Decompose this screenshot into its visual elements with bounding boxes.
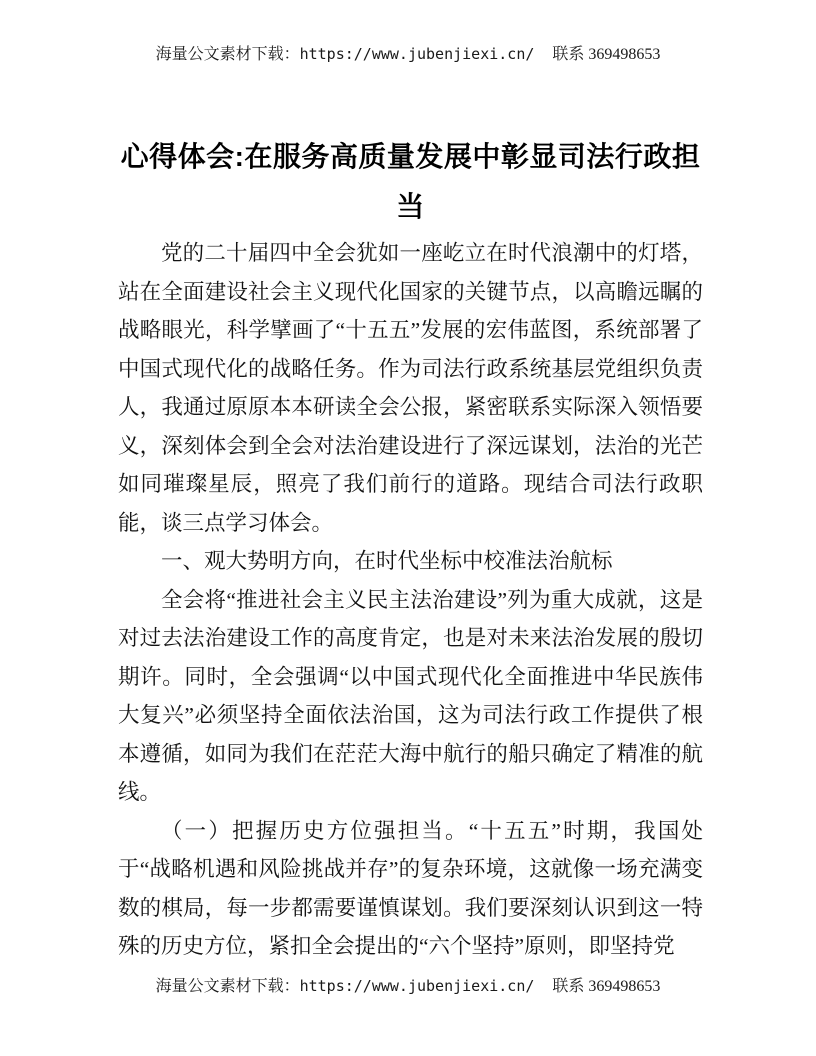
document-page: 海量公文素材下载：https://www.jubenjiexi.cn/联系 36… (0, 0, 816, 1056)
document-content: 心得体会:在服务高质量发展中彰显司法行政担当 党的二十届四中全会犹如一座屹立在时… (118, 0, 703, 966)
section-heading-1: 一、观大势明方向，在时代坐标中校准法治航标 (118, 542, 703, 581)
footer-download-label: 海量公文素材下载： (156, 978, 300, 995)
paragraph-intro: 党的二十届四中全会犹如一座屹立在时代浪潮中的灯塔，站在全面建设社会主义现代化国家… (118, 234, 703, 542)
page-footer: 海量公文素材下载：https://www.jubenjiexi.cn/联系 36… (0, 976, 816, 997)
footer-contact: 联系 369498653 (552, 978, 660, 995)
document-title: 心得体会:在服务高质量发展中彰显司法行政担当 (118, 0, 703, 232)
paragraph-section1-overview: 全会将“推进社会主义民主法治建设”列为重大成就，这是对过去法治建设工作的高度肯定… (118, 581, 703, 812)
paragraph-subpoint-1: （一）把握历史方位强担当。“十五五”时期，我国处于“战略机遇和风险挑战并存”的复… (118, 812, 703, 966)
footer-url: https://www.jubenjiexi.cn/ (300, 977, 535, 995)
document-body: 党的二十届四中全会犹如一座屹立在时代浪潮中的灯塔，站在全面建设社会主义现代化国家… (118, 232, 703, 966)
